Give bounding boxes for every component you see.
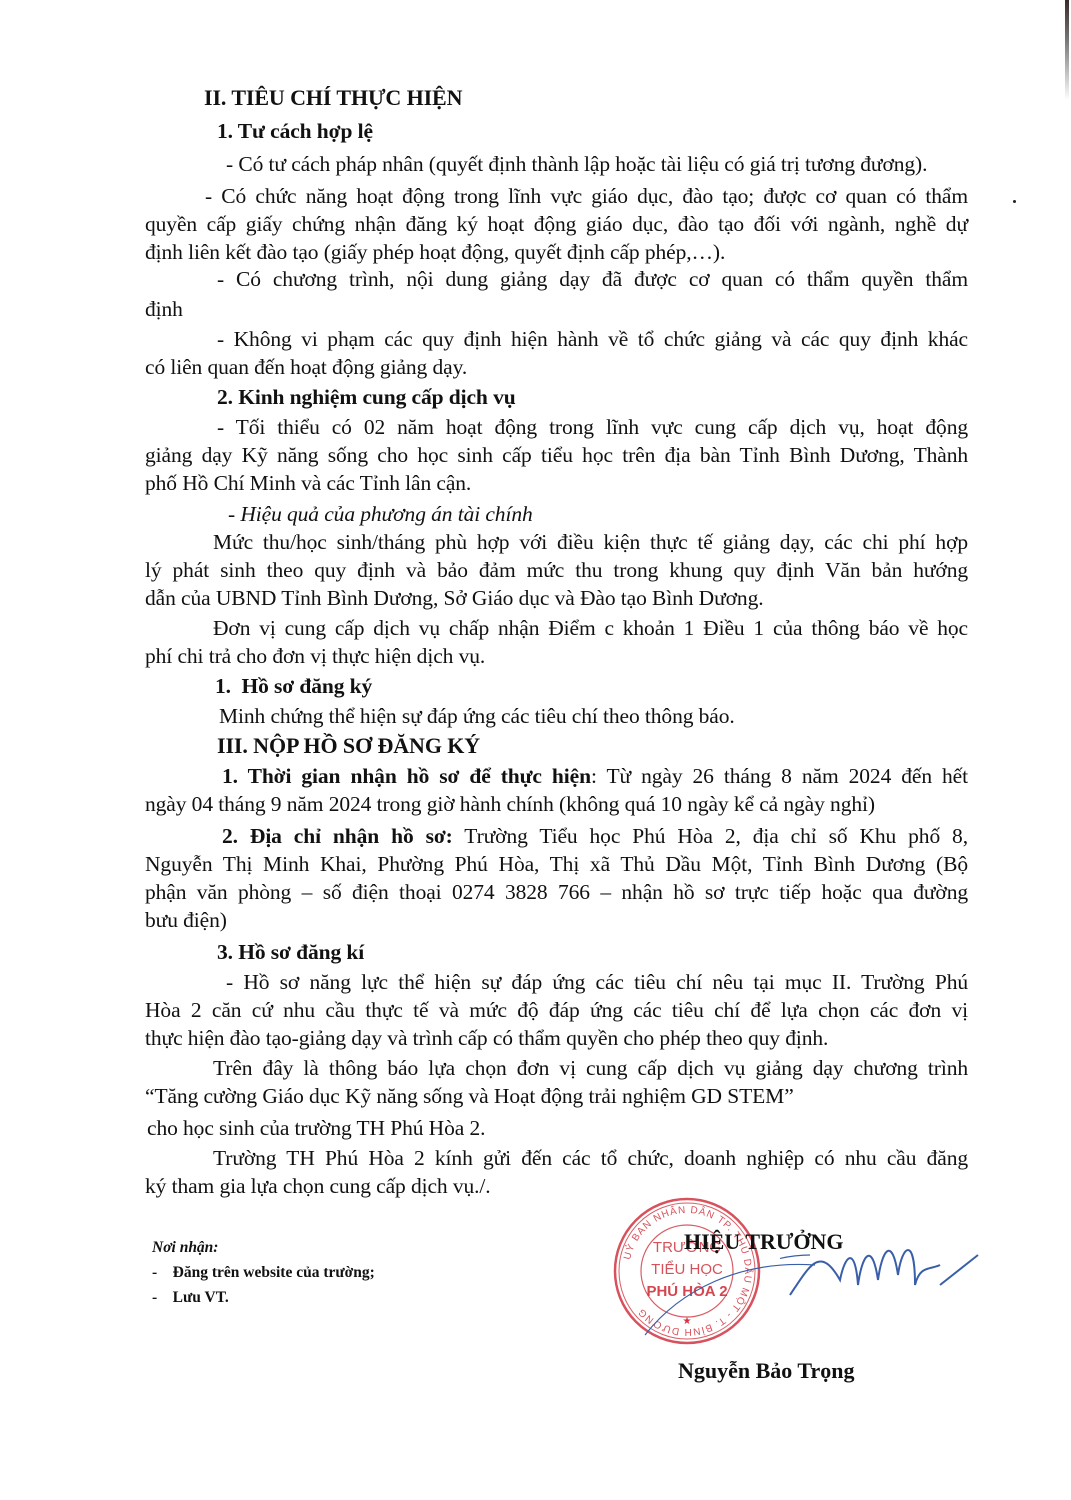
paragraph-line: cho học sinh của trường TH Phú Hòa 2. [147, 1114, 485, 1142]
paragraph-line: - Hồ sơ năng lực thể hiện sự đáp ứng các… [226, 968, 968, 996]
text-time: : Từ ngày 26 tháng 8 năm 2024 đến hết [591, 764, 968, 788]
paragraph-line: - Có chức năng hoạt động trong lĩnh vực … [205, 182, 968, 210]
subheading-financial-efficiency: - Hiệu quả của phương án tài chính [228, 500, 533, 528]
paragraph-line: - Có tư cách pháp nhân (quyết định thành… [226, 150, 927, 178]
paragraph-line: Minh chứng thể hiện sự đáp ứng các tiêu … [219, 702, 735, 730]
paragraph-line: 1. Thời gian nhận hồ sơ để thực hiện: Từ… [222, 762, 968, 790]
paragraph-line: Mức thu/học sinh/tháng phù hợp với điều … [213, 528, 968, 556]
paragraph-line: bưu điện) [145, 906, 227, 934]
subheading-legal-status: 1. Tư cách hợp lệ [217, 117, 373, 145]
text-address: Trường Tiểu học Phú Hòa 2, địa chỉ số Kh… [453, 824, 968, 848]
recipient-item: - Đăng trên website của trường; [152, 1262, 375, 1284]
recipient-item: - Lưu VT. [152, 1287, 229, 1309]
paragraph-line: phí chi trả cho đơn vị thực hiện dịch vụ… [145, 642, 485, 670]
paragraph-line: thực hiện đào tạo-giảng dạy và trình cấp… [145, 1024, 828, 1052]
signer-name: Nguyễn Bảo Trọng [678, 1358, 854, 1384]
paragraph-line: định liên kết đào tạo (giấy phép hoạt độ… [145, 238, 725, 266]
paragraph-line: ngày 04 tháng 9 năm 2024 trong giờ hành … [145, 790, 875, 818]
paragraph-line: Đơn vị cung cấp dịch vụ chấp nhận Điểm c… [213, 614, 968, 642]
section-heading-submission: III. NỘP HỒ SƠ ĐĂNG KÝ [217, 732, 480, 760]
paragraph-line: Hòa 2 căn cứ nhu cầu thực tế và mức độ đ… [145, 996, 968, 1024]
subheading-registration-file: 1. Hồ sơ đăng ký [215, 672, 372, 700]
scan-edge-artifact [1065, 0, 1069, 100]
paragraph-line: quyền cấp giấy chứng nhận đăng ký hoạt đ… [145, 210, 968, 238]
paragraph-line: phận văn phòng – số điện thoại 0274 3828… [145, 878, 968, 906]
subheading-application: 3. Hồ sơ đăng kí [217, 938, 364, 966]
paragraph-line: định [145, 295, 183, 323]
paragraph-line: Trên đây là thông báo lựa chọn đơn vị cu… [213, 1054, 968, 1082]
paragraph-line: Trường TH Phú Hòa 2 kính gửi đến các tổ … [213, 1144, 968, 1172]
signature-sweep-stroke [640, 1250, 820, 1340]
paragraph-line: - Không vi phạm các quy định hiện hành v… [217, 325, 968, 353]
paragraph-line: ký tham gia lựa chọn cung cấp dịch vụ./. [145, 1172, 491, 1200]
paragraph-line: giảng dạy Kỹ năng sống cho học sinh cấp … [145, 441, 968, 469]
label-address: 2. Địa chỉ nhận hồ sơ: [222, 824, 453, 848]
paragraph-line: 2. Địa chỉ nhận hồ sơ: Trường Tiểu học P… [222, 822, 968, 850]
paragraph-line: phố Hồ Chí Minh và các Tỉnh lân cận. [145, 469, 471, 497]
paragraph-line: có liên quan đến hoạt động giảng dạy. [145, 353, 467, 381]
label-time: 1. Thời gian nhận hồ sơ để thực hiện [222, 764, 591, 788]
paragraph-line: “Tăng cường Giáo dục Kỹ năng sống và Hoạ… [145, 1082, 794, 1110]
paragraph-line: - Có chương trình, nội dung giảng dạy đã… [217, 265, 968, 293]
paragraph-line: Nguyễn Thị Minh Khai, Phường Phú Hòa, Th… [145, 850, 968, 878]
paragraph-line: dẫn của UBND Tỉnh Bình Dương, Sở Giáo dụ… [145, 584, 764, 612]
recipients-title: Nơi nhận: [152, 1237, 218, 1259]
section-heading-criteria: II. TIÊU CHÍ THỰC HIỆN [204, 84, 462, 112]
paragraph-line: lý phát sinh theo quy định và bảo đảm mứ… [145, 556, 968, 584]
subheading-experience: 2. Kinh nghiệm cung cấp dịch vụ [217, 383, 516, 411]
paragraph-line: - Tối thiểu có 02 năm hoạt động trong lĩ… [217, 413, 968, 441]
scan-speck [1013, 200, 1016, 203]
